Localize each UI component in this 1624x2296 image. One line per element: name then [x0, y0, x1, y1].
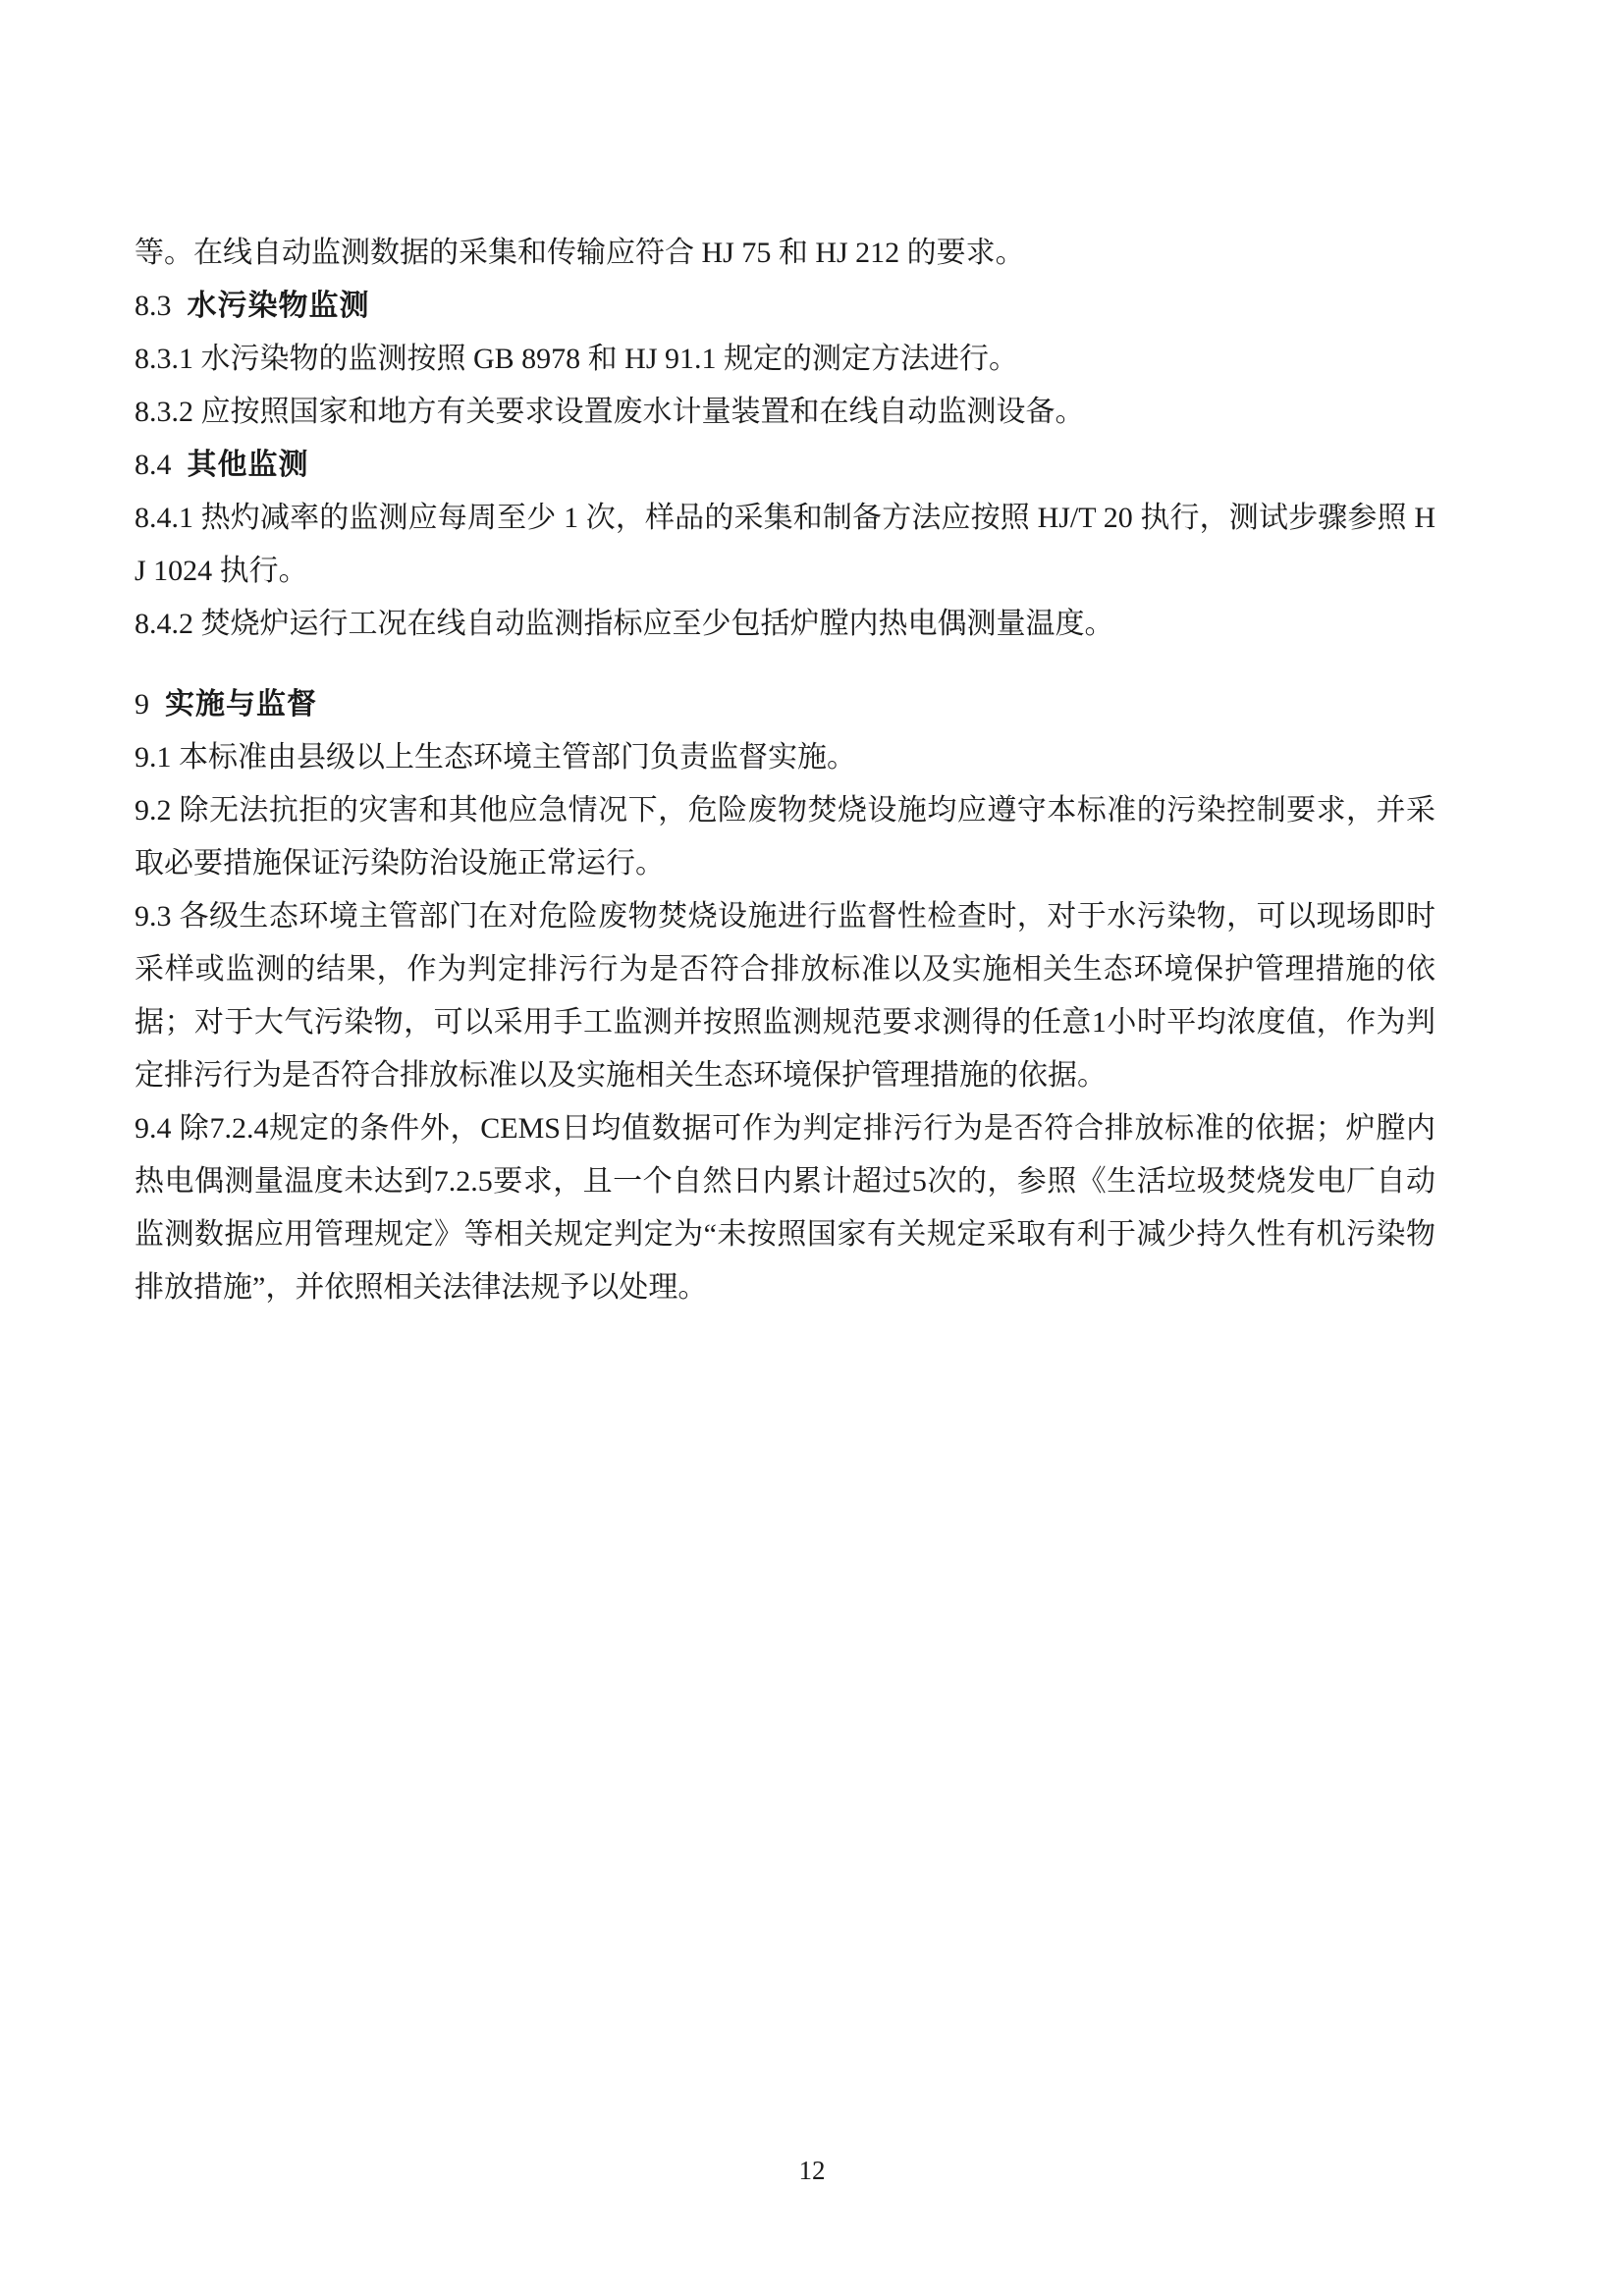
clause-8-3-1: 8.3.1 水污染物的监测按照 GB 8978 和 HJ 91.1 规定的测定方… [135, 333, 1435, 386]
heading-number: 9 [135, 688, 149, 721]
clause-9-4: 9.4 除7.2.4规定的条件外，CEMS日均值数据可作为判定排污行为是否符合排… [135, 1102, 1435, 1314]
heading-title: 实施与监督 [165, 688, 317, 721]
document-page: 等。在线自动监测数据的采集和传输应符合 HJ 75 和 HJ 212 的要求。 … [0, 0, 1624, 2296]
heading-9: 9实施与监督 [135, 678, 1435, 731]
clause-8-4-1: 8.4.1 热灼减率的监测应每周至少 1 次，样品的采集和制备方法应按照 HJ/… [135, 492, 1435, 598]
clause-8-4-2: 8.4.2 焚烧炉运行工况在线自动监测指标应至少包括炉膛内热电偶测量温度。 [135, 598, 1435, 651]
heading-title: 其他监测 [188, 449, 309, 481]
clause-8-3-2: 8.3.2 应按照国家和地方有关要求设置废水计量装置和在线自动监测设备。 [135, 386, 1435, 439]
clause-9-3: 9.3 各级生态环境主管部门在对危险废物焚烧设施进行监督性检查时，对于水污染物，… [135, 890, 1435, 1102]
heading-title: 水污染物监测 [188, 290, 370, 322]
document-content: 等。在线自动监测数据的采集和传输应符合 HJ 75 和 HJ 212 的要求。 … [135, 227, 1435, 1314]
clause-9-1: 9.1 本标准由县级以上生态环境主管部门负责监督实施。 [135, 731, 1435, 784]
paragraph-continuation-8-2: 等。在线自动监测数据的采集和传输应符合 HJ 75 和 HJ 212 的要求。 [135, 227, 1435, 280]
heading-number: 8.4 [135, 449, 172, 481]
heading-number: 8.3 [135, 290, 172, 322]
clause-9-2: 9.2 除无法抗拒的灾害和其他应急情况下，危险废物焚烧设施均应遵守本标准的污染控… [135, 784, 1435, 890]
page-number: 12 [0, 2156, 1624, 2185]
heading-8-3: 8.3水污染物监测 [135, 280, 1435, 333]
heading-8-4: 8.4其他监测 [135, 439, 1435, 492]
